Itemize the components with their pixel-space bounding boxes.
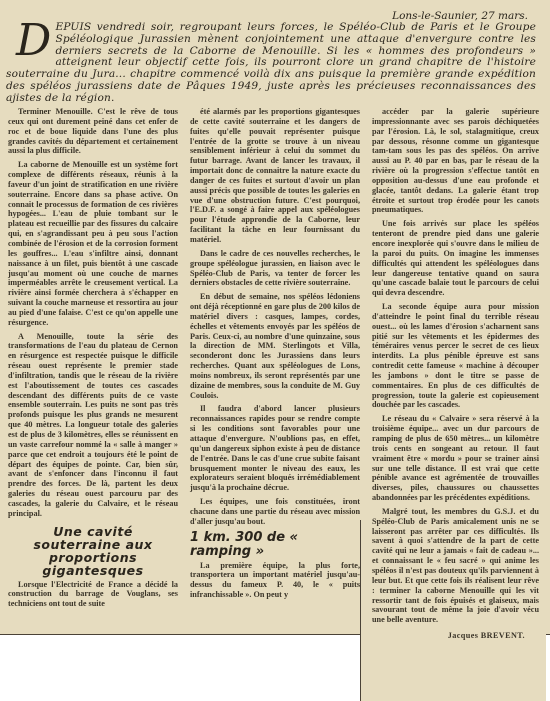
paragraph: Il faudra d'abord lancer plusieurs recon…	[190, 404, 360, 493]
article-lead: D EPUIS vendredi soir, regroupant leurs …	[6, 22, 536, 105]
column-3: accéder par la galerie supérieure impres…	[372, 107, 539, 641]
paragraph: En début de semaine, nos spéléos lédonie…	[190, 292, 360, 400]
lead-text: EPUIS vendredi soir, regroupant leurs fo…	[6, 21, 536, 104]
paragraph: été alarmés par les proportions gigantes…	[190, 107, 360, 245]
paragraph: accéder par la galerie supérieure impres…	[372, 107, 539, 215]
paragraph: Le réseau du « Calvaire » sera réservé à…	[372, 414, 539, 503]
column-1: Terminer Menouille. C'est le rêve de tou…	[8, 107, 178, 613]
subheading: Une cavité souterraine aux proportions g…	[8, 525, 178, 577]
paragraph: Terminer Menouille. C'est le rêve de tou…	[8, 107, 178, 156]
subheading: 1 km. 300 de « ramping »	[190, 531, 360, 559]
paragraph: Malgré tout, les membres du G.S.J. et du…	[372, 507, 539, 625]
paragraph: La seconde équipe aura pour mission d'at…	[372, 302, 539, 410]
paragraph: Lorsque l'Electricité de France a décidé…	[8, 580, 178, 610]
column-2: été alarmés par les proportions gigantes…	[190, 107, 360, 604]
author-signature: Jacques BREVENT.	[372, 631, 539, 641]
paragraph: Une fois arrivés sur place les spéléos t…	[372, 219, 539, 298]
paragraph: Les équipes, une fois constituées, iront…	[190, 497, 360, 527]
paragraph: Dans le cadre de ces nouvelles recherche…	[190, 249, 360, 288]
paragraph: La première équipe, la plus forte, trans…	[190, 561, 360, 600]
paragraph: A Menouille, toute la série des transfor…	[8, 332, 178, 519]
drop-cap: D	[16, 23, 51, 59]
paragraph: La caborne de Menouille est un système f…	[8, 160, 178, 327]
